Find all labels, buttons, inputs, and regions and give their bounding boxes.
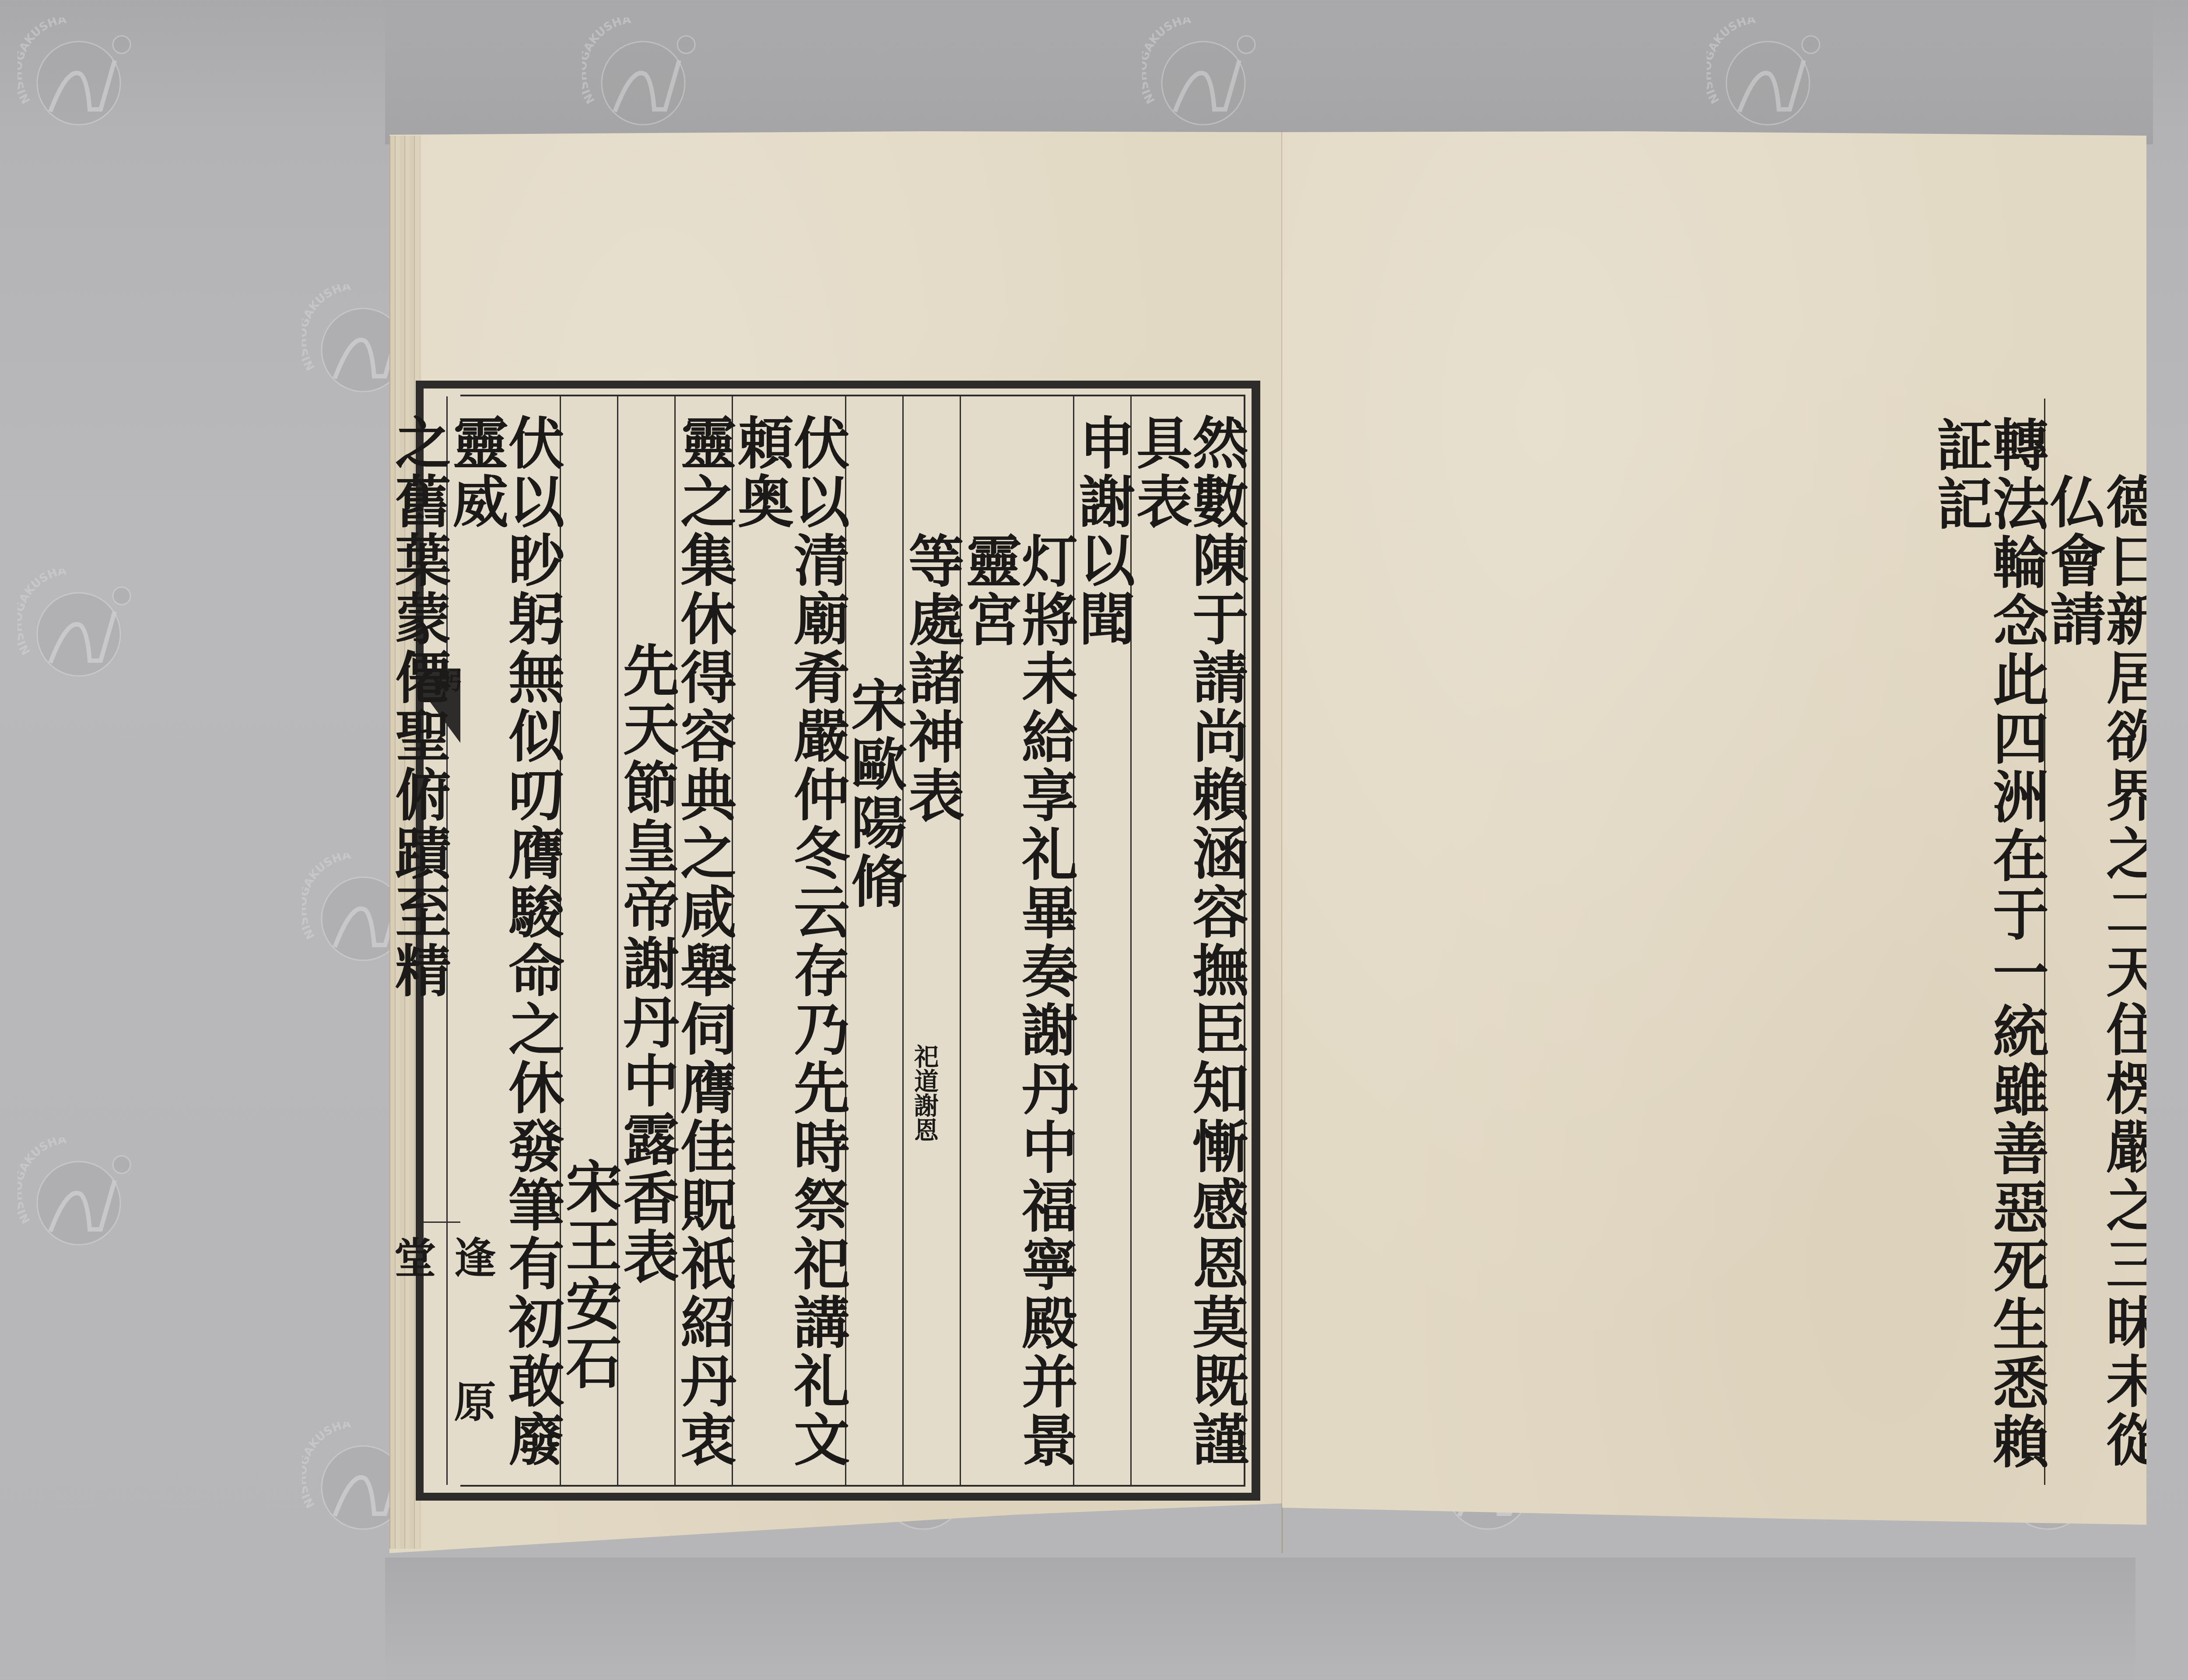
- text-column: 伏以眇躬無似叨膺駿命之休發筆有初敢廢靈威躬: [446, 396, 560, 1485]
- column-text: 灯將未給享礼畢奏謝丹中福寧殿并景靈宮: [961, 532, 1073, 1485]
- column-text: 効茲盡恭延切利天宮帝釈天上陞下聖明无縱馨: [2159, 473, 2188, 1485]
- column-text: 宋王安石: [561, 1158, 617, 1392]
- text-column: 申謝以聞: [1073, 396, 1130, 1485]
- text-column: 轉法輪念此四洲在于一統雖善惡死生悉賴証記: [1932, 399, 2044, 1485]
- watermark-logo-icon: NISHOGAKUSHA: [1142, 17, 1256, 131]
- background-shadow-bottom: [385, 1557, 2135, 1680]
- column-text: 等處諸神表: [904, 532, 960, 825]
- interlinear-annotation: 祀道謝恩: [907, 1044, 942, 1142]
- column-text: 德日新居欲界之二天住楞嚴之三昧未從仏會請: [2045, 473, 2157, 1485]
- column-text: 申謝以聞: [1074, 414, 1130, 648]
- left-page-frame: 逢 原 堂 然數陳于請尚賴涵容撫臣知慚感恩莫既謹具表申謝以聞灯將未給享礼畢奏謝丹…: [416, 381, 1260, 1501]
- column-text: 轉法輪念此四洲在于一統雖善惡死生悉賴証記: [1932, 416, 2044, 1485]
- text-column: 然數陳于請尚賴涵容撫臣知慚感恩莫既謹具表: [1130, 396, 1244, 1485]
- text-column: 先天節皇帝謝丹中露香表: [617, 396, 674, 1485]
- open-book-spread: 逢 原 堂 然數陳于請尚賴涵容撫臣知慚感恩莫既謹具表申謝以聞灯將未給享礼畢奏謝丹…: [389, 131, 2149, 1553]
- watermark-logo-icon: NISHOGAKUSHA: [18, 17, 131, 131]
- column-text: 靈之集休得容典之咸舉伺膺佳貺祇紹丹衷: [676, 414, 732, 1469]
- text-column: 之舊葉蒙僊聖俯蹟至精: [390, 396, 446, 1485]
- right-page: 表謝緣表亢撰人衡右某建壇場敬准慈命之軌範行持水陸佛遵先尧之科儀茲牽圓成敢忘款謝某…: [1282, 131, 2146, 1553]
- text-column: 等處諸神表祀道謝恩: [902, 396, 960, 1485]
- left-text-columns: 然數陳于請尚賴涵容撫臣知慚感恩莫既謹具表申謝以聞灯將未給享礼畢奏謝丹中福寧殿并景…: [460, 395, 1245, 1487]
- watermark-logo-icon: NISHOGAKUSHA: [18, 1137, 131, 1251]
- column-text: 先天節皇帝謝丹中露香表: [618, 641, 674, 1286]
- text-column: 伏以清廟肴嚴仲冬云存乃先時祭祀講礼文頼奥: [732, 396, 845, 1485]
- watermark-logo-icon: NISHOGAKUSHA: [1707, 17, 1820, 131]
- column-text: 宋歐陽脩: [846, 676, 902, 911]
- text-column: 德日新居欲界之二天住楞嚴之三昧未從仏會請: [2044, 399, 2157, 1485]
- text-column: 宋王安石: [560, 396, 617, 1485]
- column-text: 伏以眇躬無似叨膺駿命之休發筆有初敢廢靈威: [448, 414, 560, 1485]
- left-page: 逢 原 堂 然數陳于請尚賴涵容撫臣知慚感恩莫既謹具表申謝以聞灯將未給享礼畢奏謝丹…: [389, 131, 1282, 1553]
- column-text: 伏以清廟肴嚴仲冬云存乃先時祭祀講礼文頼奥: [733, 414, 845, 1485]
- text-column: 効茲盡恭延切利天宮帝釈天上陞下聖明无縱馨: [2157, 399, 2188, 1485]
- column-text: 之舊葉蒙僊聖俯蹟至精: [390, 414, 446, 1000]
- text-column: 靈之集休得容典之咸舉伺膺佳貺祇紹丹衷: [674, 396, 732, 1485]
- text-column: 宋歐陽脩: [845, 396, 902, 1485]
- watermark-logo-icon: NISHOGAKUSHA: [582, 17, 696, 131]
- watermark-logo-icon: NISHOGAKUSHA: [18, 569, 131, 682]
- text-column: 灯將未給享礼畢奏謝丹中福寧殿并景靈宮: [960, 396, 1073, 1485]
- column-text: 然數陳于請尚賴涵容撫臣知慚感恩莫既謹具表: [1132, 414, 1244, 1485]
